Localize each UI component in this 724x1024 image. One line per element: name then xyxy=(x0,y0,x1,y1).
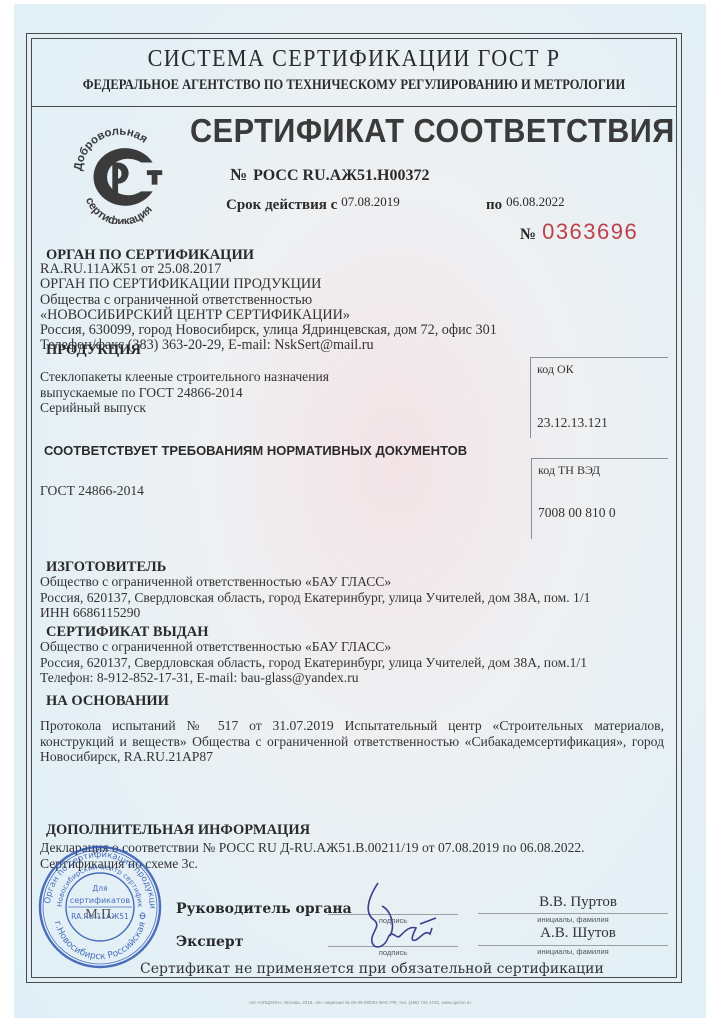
ok-code-value: 23.12.13.121 xyxy=(537,415,608,431)
blank-number-symbol: № xyxy=(520,226,536,243)
body-name-line: ОРГАН ПО СЕРТИФИКАЦИИ ПРОДУКЦИИ xyxy=(40,277,497,292)
handwritten-signature-icon xyxy=(360,878,460,958)
system-title: СИСТЕМА СЕРТИФИКАЦИИ ГОСТ Р xyxy=(57,46,651,73)
certificate-number: №РОСС RU.АЖ51.Н00372 xyxy=(230,165,429,185)
printer-imprint: АО «ОПЦИОН», Москва, 2016, «Б» лицензия … xyxy=(14,1000,706,1005)
body-address-line: Россия, 630099, город Новосибирск, улица… xyxy=(40,323,497,338)
expert-name-line xyxy=(478,945,668,946)
conformity-heading: СООТВЕТСТВУЕТ ТРЕБОВАНИЯМ НОРМАТИВНЫХ ДО… xyxy=(44,443,467,458)
product-line: Серийный выпуск xyxy=(40,400,329,416)
blank-number: №0363696 xyxy=(520,219,638,245)
agency-title: ФЕДЕРАЛЬНОЕ АГЕНТСТВО ПО ТЕХНИЧЕСКОМУ РЕ… xyxy=(76,77,632,94)
validity-label: Срок действия с xyxy=(226,197,337,213)
basis-heading: НА ОСНОВАНИИ xyxy=(46,693,169,710)
head-name-caption: инициалы, фамилия xyxy=(478,915,668,924)
tnved-code-box: код ТН ВЭД 7008 00 810 0 xyxy=(531,458,668,539)
issued-to-details: Общество с ограниченной ответственностью… xyxy=(40,639,587,686)
body-org-name-line: «НОВОСИБИРСКИЙ ЦЕНТР СЕРТИФИКАЦИИ» xyxy=(40,308,497,323)
rst-voluntary-certification-logo-icon: Добровольная сертификация xyxy=(72,128,168,224)
certification-body-section: ОРГАН ПО СЕРТИФИКАЦИИ RA.RU.11АЖ51 от 25… xyxy=(40,248,497,354)
voluntary-notice: Сертификат не применяется при обязательн… xyxy=(140,961,604,977)
valid-to-label: по xyxy=(486,197,502,213)
manufacturer-address: Россия, 620137, Свердловская область, го… xyxy=(40,590,590,606)
issued-to-name: Общество с ограниченной ответственностью… xyxy=(40,639,587,655)
issued-to-address: Россия, 620137, Свердловская область, го… xyxy=(40,655,587,671)
svg-text:М.П.: М.П. xyxy=(85,907,115,922)
header-divider xyxy=(31,106,677,107)
head-role-label: Руководитель органа xyxy=(176,901,352,917)
product-line: выпускаемые по ГОСТ 24866-2014 xyxy=(40,385,329,401)
svg-text:сертификатов: сертификатов xyxy=(70,896,131,905)
expert-name-caption: инициалы, фамилия xyxy=(478,947,668,956)
tnved-code-label: код ТН ВЭД xyxy=(538,463,600,478)
issued-to-contacts: Телефон: 8-912-852-17-31, E-mail: bau-gl… xyxy=(40,670,587,686)
ok-code-box: код ОК 23.12.13.121 xyxy=(530,357,668,438)
tnved-code-value: 7008 00 810 0 xyxy=(538,505,616,521)
product-description: Стеклопакеты клееные строительного назна… xyxy=(40,369,329,416)
svg-text:Для: Для xyxy=(92,884,107,893)
manufacturer-inn: ИНН 6686115290 xyxy=(40,605,590,621)
valid-from-date: 07.08.2019 xyxy=(341,194,400,209)
valid-to-date: 06.08.2022 xyxy=(506,194,565,209)
expert-name: А.В. Шутов xyxy=(478,925,678,942)
accreditation-line: RA.RU.11АЖ51 от 25.08.2017 xyxy=(40,262,497,277)
validity-from: Срок действия с07.08.2019 xyxy=(226,197,400,214)
basis-text: Протокола испытаний № 517 от 31.07.2019 … xyxy=(40,718,664,765)
expert-role-label: Эксперт xyxy=(176,934,243,950)
validity-to: по06.08.2022 xyxy=(486,197,565,214)
number-symbol: № xyxy=(230,165,247,184)
certification-body-stamp-icon: Орган по сертификации продукции Новосиби… xyxy=(38,845,162,969)
product-line: Стеклопакеты клееные строительного назна… xyxy=(40,369,329,385)
certificate-number-value: РОСС RU.АЖ51.Н00372 xyxy=(253,167,429,184)
blank-number-value: 0363696 xyxy=(542,219,638,244)
product-heading: ПРОДУКЦИЯ xyxy=(46,342,141,359)
additional-heading: ДОПОЛНИТЕЛЬНАЯ ИНФОРМАЦИЯ xyxy=(46,822,310,839)
certification-body-heading: ОРГАН ПО СЕРТИФИКАЦИИ xyxy=(46,248,497,262)
head-name-line xyxy=(478,913,668,914)
manufacturer-name: Общество с ограниченной ответственностью… xyxy=(40,574,590,590)
certification-body-lines: RA.RU.11АЖ51 от 25.08.2017 ОРГАН ПО СЕРТ… xyxy=(40,262,497,354)
document-title: СЕРТИФИКАТ СООТВЕТСТВИЯ xyxy=(190,112,675,150)
body-org-line: Общества с ограниченной ответственностью xyxy=(40,293,497,308)
manufacturer-details: Общество с ограниченной ответственностью… xyxy=(40,574,590,621)
head-name: В.В. Пуртов xyxy=(478,894,678,911)
conformity-standard: ГОСТ 24866-2014 xyxy=(40,483,144,499)
ok-code-label: код ОК xyxy=(537,362,574,377)
